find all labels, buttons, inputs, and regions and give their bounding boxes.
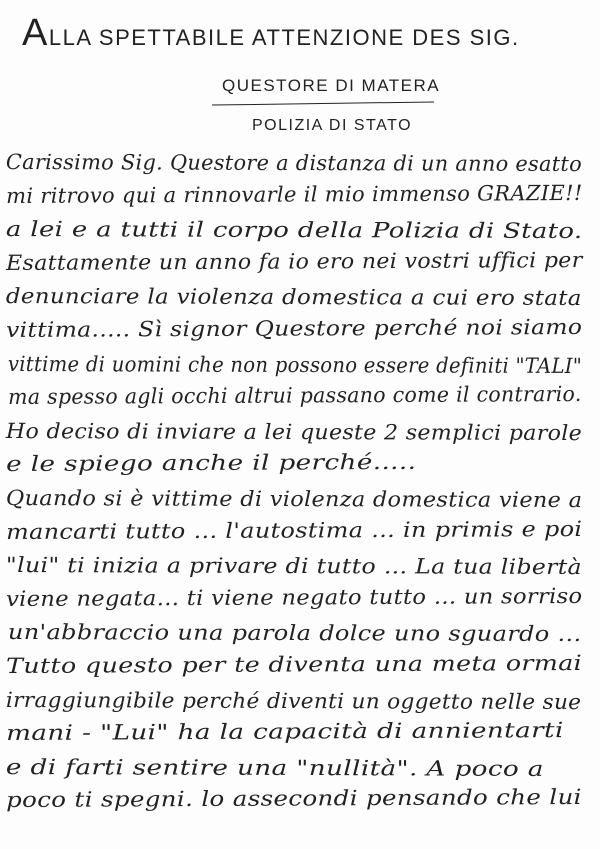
letter-addressee: Questore di Matera [222,76,440,96]
addressee-underline [212,101,434,105]
letter-body-line: denunciare la violenza domestica a cui e… [6,284,582,310]
letter-body-line: mani - "Lui" ha la capacità di annientar… [6,718,564,745]
salutation-text: lla spettabile attenzione des Sig. [49,25,520,50]
letter-body-line: Quando si è vittime di violenza domestic… [6,486,582,512]
letter-body-line: irraggiungibile perché diventi un oggett… [6,688,581,714]
letter-body-line: poco ti spegni. lo assecondi pensando ch… [6,785,582,812]
letter-body-line: un'abbraccio una parola dolce uno sguard… [8,620,582,646]
letter-body-line: a lei e a tutti il corpo della Polizia d… [6,217,583,243]
letter-body-line: Esattamente un anno fa io ero nei vostri… [6,248,583,275]
letter-department: Polizia di Stato [252,117,412,135]
letter-body-line: mi ritrovo qui a rinnovarle il mio immen… [6,181,583,208]
letter-body-line: vittime di uomini che non possono essere… [8,352,582,378]
letter-body-line: e le spiego anche il perché..... [6,450,416,476]
letter-body-line: ma spesso agli occhi altrui passano come… [8,382,582,409]
letter-body-line: Carissimo Sig. Questore a distanza di un… [6,150,582,176]
letter-body-line: mancarti tutto ... l'autostima ... in pr… [6,517,582,544]
letter-body-line: Ho deciso di inviare a lei queste 2 semp… [6,419,582,445]
handwritten-letter-page: Alla spettabile attenzione des Sig. Ques… [0,0,600,849]
letter-salutation: Alla spettabile attenzione des Sig. [22,12,520,55]
letter-body-line: viene negata... ti viene negato tutto ..… [6,584,583,611]
letter-body-line: "lui" ti inizia a privare di tutto ... L… [6,553,582,579]
letter-body-line: e di farti sentire una "nullità". A poco… [6,755,544,781]
salutation-initial: A [22,12,49,54]
letter-body-line: Tutto questo per te diventa una meta orm… [6,651,582,678]
letter-body-line: vittima..... Sì signor Questore perché n… [6,315,582,342]
